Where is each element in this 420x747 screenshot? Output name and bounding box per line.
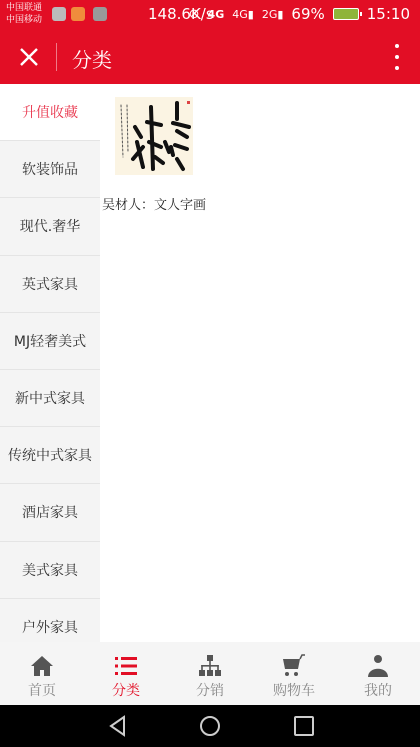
tab-category[interactable]: 分类 (84, 642, 168, 705)
battery-percent: 69% (291, 5, 324, 23)
list-icon (114, 654, 138, 678)
tab-label: 分销 (196, 680, 224, 700)
carrier-2: 中国移动 (6, 14, 42, 26)
cart-icon (282, 654, 306, 678)
top-bar: 分类 (0, 30, 420, 84)
signal-2g-icon: 2G▮ (262, 8, 284, 21)
tab-cart[interactable]: 购物车 (252, 642, 336, 705)
tab-home[interactable]: 首页 (0, 642, 84, 705)
user-icon (366, 654, 390, 678)
store-notification-icon (71, 7, 85, 21)
back-icon[interactable] (106, 714, 130, 738)
sidebar-item-traditional-chinese[interactable]: 传统中式家具 (0, 427, 100, 484)
carrier-info: 中国联通 中国移动 (6, 2, 42, 26)
recents-icon[interactable] (292, 714, 316, 738)
home-icon (30, 654, 54, 678)
calligraphy-image-icon (115, 97, 193, 175)
close-button[interactable] (18, 42, 40, 74)
dot-icon (395, 55, 399, 59)
home-nav-icon[interactable] (198, 714, 222, 738)
close-icon (19, 47, 39, 67)
header-divider (56, 43, 57, 71)
tab-label: 购物车 (273, 680, 315, 700)
hierarchy-icon (198, 654, 222, 678)
signal-icon: 4G▮ (232, 8, 254, 21)
sidebar-item-new-chinese[interactable]: 新中式家具 (0, 370, 100, 427)
sidebar-item-mj-light-luxury[interactable]: MJ轻奢美式 (0, 313, 100, 370)
tab-label: 首页 (28, 680, 56, 700)
app-notification-icon (52, 7, 66, 21)
page-title: 分类 (72, 44, 112, 73)
battery-icon (333, 8, 359, 20)
sidebar-item-modern-luxury[interactable]: 现代.奢华 (0, 198, 100, 255)
sidebar-item-outdoor[interactable]: 户外家具 (0, 599, 100, 642)
tab-distribution[interactable]: 分销 (168, 642, 252, 705)
gallery-notification-icon (93, 7, 107, 21)
system-nav-bar (0, 705, 420, 747)
product-image[interactable] (115, 97, 193, 175)
bottom-tab-bar: 首页 分类 分销 购物车 我的 (0, 642, 420, 705)
product-list: 吴材人：文人字画 (100, 84, 420, 642)
more-menu-button[interactable] (394, 44, 400, 70)
dot-icon (395, 44, 399, 48)
carrier-1: 中国联通 (6, 2, 42, 14)
sidebar-item-hotel[interactable]: 酒店家具 (0, 484, 100, 541)
sidebar-item-british[interactable]: 英式家具 (0, 256, 100, 313)
sidebar-item-appreciation[interactable]: 升值收藏 (0, 84, 100, 141)
network-4g: 4G (208, 8, 225, 21)
tab-label: 分类 (112, 680, 140, 700)
dot-icon (395, 66, 399, 70)
tab-label: 我的 (364, 680, 392, 700)
sidebar-item-soft-decor[interactable]: 软装饰品 (0, 141, 100, 198)
clock: 15:10 (367, 5, 410, 23)
tab-mine[interactable]: 我的 (336, 642, 420, 705)
status-bar: 中国联通 中国移动 148.6K/s ⊘ 4G 4G▮ 2G▮ 69% 15:1… (0, 0, 420, 30)
category-sidebar[interactable]: 升值收藏 软装饰品 现代.奢华 英式家具 MJ轻奢美式 新中式家具 传统中式家具… (0, 84, 100, 642)
product-title[interactable]: 吴材人：文人字画 (102, 194, 206, 213)
sidebar-item-american[interactable]: 美式家具 (0, 542, 100, 599)
mute-icon: ⊘ (189, 7, 200, 22)
